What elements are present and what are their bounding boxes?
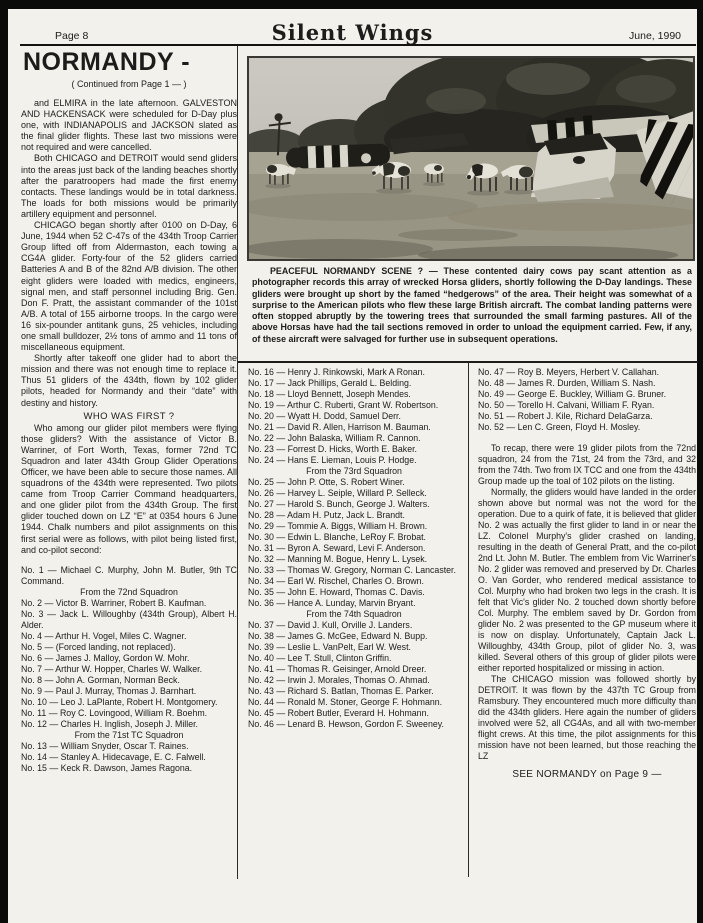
paragraph: The CHICAGO mission was followed shortly… bbox=[478, 674, 696, 762]
who-was-first-paragraph: Who among our glider pilot members were … bbox=[21, 423, 237, 556]
roster-line: No. 39 — Leslie L. VanPelt, Earl W. West… bbox=[248, 642, 460, 653]
photo-normandy-scene bbox=[248, 57, 694, 260]
roster-line: No. 10 — Leo J. LaPlante, Robert H. Mont… bbox=[21, 697, 237, 708]
roster-line: No. 20 — Wyatt H. Dodd, Samuel Derr. bbox=[248, 411, 460, 422]
closing-paragraphs: To recap, there were 19 glider pilots fr… bbox=[478, 443, 696, 762]
roster-line: No. 35 — John E. Howard, Thomas C. Davis… bbox=[248, 587, 460, 598]
roster-line: No. 14 — Stanley A. Hidecavage, E. C. Fa… bbox=[21, 752, 237, 763]
roster-line: No. 26 — Harvey L. Seiple, Willard P. Se… bbox=[248, 488, 460, 499]
roster-line: No. 49 — George E. Buckley, William G. B… bbox=[478, 389, 696, 400]
roster-line: No. 11 — Roy C. Lovingood, William R. Bo… bbox=[21, 708, 237, 719]
pilot-roster-1-15: No. 1 — Michael C. Murphy, John M. Butle… bbox=[21, 565, 237, 774]
roster-line: No. 38 — James G. McGee, Edward N. Bupp. bbox=[248, 631, 460, 642]
roster-line: No. 27 — Harold S. Bunch, George J. Walt… bbox=[248, 499, 460, 510]
pilot-roster-47-52: No. 47 — Roy B. Meyers, Herbert V. Calla… bbox=[478, 367, 696, 433]
photo-caption: PEACEFUL NORMANDY SCENE ? — These conten… bbox=[252, 266, 692, 345]
paragraph: CHICAGO began shortly after 0100 on D-Da… bbox=[21, 220, 237, 353]
section-subhead: WHO WAS FIRST ? bbox=[21, 411, 237, 422]
roster-line: No. 32 — Manning M. Bogue, Henry L. Lyse… bbox=[248, 554, 460, 565]
issue-date: June, 1990 bbox=[629, 30, 681, 42]
roster-line: No. 47 — Roy B. Meyers, Herbert V. Calla… bbox=[478, 367, 696, 378]
roster-line: No. 36 — Hance A. Lunday, Marvin Bryant. bbox=[248, 598, 460, 609]
roster-line: No. 1 — Michael C. Murphy, John M. Butle… bbox=[21, 565, 237, 587]
roster-line: No. 9 — Paul J. Murray, Thomas J. Barnha… bbox=[21, 686, 237, 697]
paragraph: To recap, there were 19 glider pilots fr… bbox=[478, 443, 696, 487]
roster-line: No. 7 — Arthur W. Hopper, Charles W. Wal… bbox=[21, 664, 237, 675]
article-title: NORMANDY - bbox=[23, 49, 237, 76]
roster-line: No. 25 — John P. Otte, S. Robert Winer. bbox=[248, 477, 460, 488]
roster-line: No. 16 — Henry J. Rinkowski, Mark A Rona… bbox=[248, 367, 460, 378]
newspaper-page: Page 8 Silent Wings June, 1990 NORMANDY … bbox=[8, 9, 697, 923]
paragraph: Shortly after takeoff one glider had to … bbox=[21, 353, 237, 408]
roster-line: No. 2 — Victor B. Warriner, Robert B. Ka… bbox=[21, 598, 237, 609]
roster-line: From the 73rd Squadron bbox=[248, 466, 460, 477]
roster-line: No. 28 — Adam H. Putz, Jack L. Brandt. bbox=[248, 510, 460, 521]
roster-line: No. 31 — Byron A. Seward, Levi F. Anders… bbox=[248, 543, 460, 554]
column-divider-left bbox=[237, 46, 238, 879]
roster-line: No. 44 — Ronald M. Stoner, George F. Hoh… bbox=[248, 697, 460, 708]
continuation-notice: SEE NORMANDY on Page 9 — bbox=[478, 769, 696, 780]
middle-column: No. 16 — Henry J. Rinkowski, Mark A Rona… bbox=[248, 367, 460, 730]
paragraph: and ELMIRA in the late afternoon. GALVES… bbox=[21, 98, 237, 153]
roster-line: No. 17 — Jack Phillips, Gerald L. Beldin… bbox=[248, 378, 460, 389]
masthead-title: Silent Wings bbox=[8, 20, 697, 45]
roster-line: No. 21 — David R. Allen, Harrison M. Bau… bbox=[248, 422, 460, 433]
roster-line: No. 45 — Robert Butler, Everard H. Hohma… bbox=[248, 708, 460, 719]
roster-line: From the 72nd Squadron bbox=[21, 587, 237, 598]
roster-line: No. 43 — Richard S. Batlan, Thomas E. Pa… bbox=[248, 686, 460, 697]
roster-line: No. 15 — Keck R. Dawson, James Ragona. bbox=[21, 763, 237, 774]
paragraph: Normally, the gliders would have landed … bbox=[478, 487, 696, 674]
roster-line: No. 23 — Forrest D. Hicks, Worth E. Bake… bbox=[248, 444, 460, 455]
roster-line: No. 29 — Tommie A. Biggs, William H. Bro… bbox=[248, 521, 460, 532]
roster-line: No. 24 — Hans E. Lieman, Louis P. Hodge. bbox=[248, 455, 460, 466]
roster-line: No. 13 — William Snyder, Oscar T. Raines… bbox=[21, 741, 237, 752]
paragraph: Both CHICAGO and DETROIT would send glid… bbox=[21, 153, 237, 220]
pilot-roster-16-46: No. 16 — Henry J. Rinkowski, Mark A Rona… bbox=[248, 367, 460, 730]
roster-line: No. 18 — Lloyd Bennett, Joseph Mendes. bbox=[248, 389, 460, 400]
roster-line: No. 42 — Irwin J. Morales, Thomas O. Ahm… bbox=[248, 675, 460, 686]
roster-line: No. 30 — Edwin L. Blanche, LeRoy F. Brob… bbox=[248, 532, 460, 543]
roster-line: No. 41 — Thomas R. Geisinger, Arnold Dre… bbox=[248, 664, 460, 675]
roster-line: No. 37 — David J. Kull, Orville J. Lande… bbox=[248, 620, 460, 631]
roster-line: No. 48 — James R. Durden, William S. Nas… bbox=[478, 378, 696, 389]
caption-rule bbox=[238, 361, 698, 363]
pasture-ground bbox=[248, 152, 694, 260]
roster-line: No. 34 — Earl W. Rischel, Charles O. Bro… bbox=[248, 576, 460, 587]
roster-line: No. 12 — Charles H. Inglish, Joseph J. M… bbox=[21, 719, 237, 730]
right-column: No. 47 — Roy B. Meyers, Herbert V. Calla… bbox=[478, 367, 696, 780]
roster-line: No. 8 — John A. Gorman, Norman Beck. bbox=[21, 675, 237, 686]
intro-paragraphs: and ELMIRA in the late afternoon. GALVES… bbox=[21, 98, 237, 409]
roster-line: From the 74th Squadron bbox=[248, 609, 460, 620]
roster-line: No. 5 — (Forced landing, not replaced). bbox=[21, 642, 237, 653]
roster-line: No. 4 — Arthur H. Vogel, Miles C. Wagner… bbox=[21, 631, 237, 642]
left-column: NORMANDY - ( Continued from Page 1 — ) a… bbox=[21, 49, 237, 774]
column-divider-right bbox=[468, 361, 469, 877]
roster-line: No. 22 — John Balaska, William R. Cannon… bbox=[248, 433, 460, 444]
roster-line: No. 40 — Lee T. Stull, Clinton Griffin. bbox=[248, 653, 460, 664]
roster-line: From the 71st TC Squadron bbox=[21, 730, 237, 741]
roster-line: No. 46 — Lenard B. Hewson, Gordon F. Swe… bbox=[248, 719, 460, 730]
roster-line: No. 19 — Arthur C. Ruberti, Grant W. Rob… bbox=[248, 400, 460, 411]
continued-from-note: ( Continued from Page 1 — ) bbox=[21, 79, 237, 89]
roster-line: No. 52 — Len C. Green, Floyd H. Mosley. bbox=[478, 422, 696, 433]
roster-line: No. 3 — Jack L. Willoughby (434th Group)… bbox=[21, 609, 237, 631]
header-rule bbox=[20, 44, 696, 46]
roster-line: No. 50 — Torello H. Calvani, William F. … bbox=[478, 400, 696, 411]
roster-line: No. 51 — Robert J. Kile, Richard DelaGar… bbox=[478, 411, 696, 422]
roster-line: No. 6 — James J. Malloy, Gordon W. Mohr. bbox=[21, 653, 237, 664]
roster-line: No. 33 — Thomas W. Gregory, Norman C. La… bbox=[248, 565, 460, 576]
